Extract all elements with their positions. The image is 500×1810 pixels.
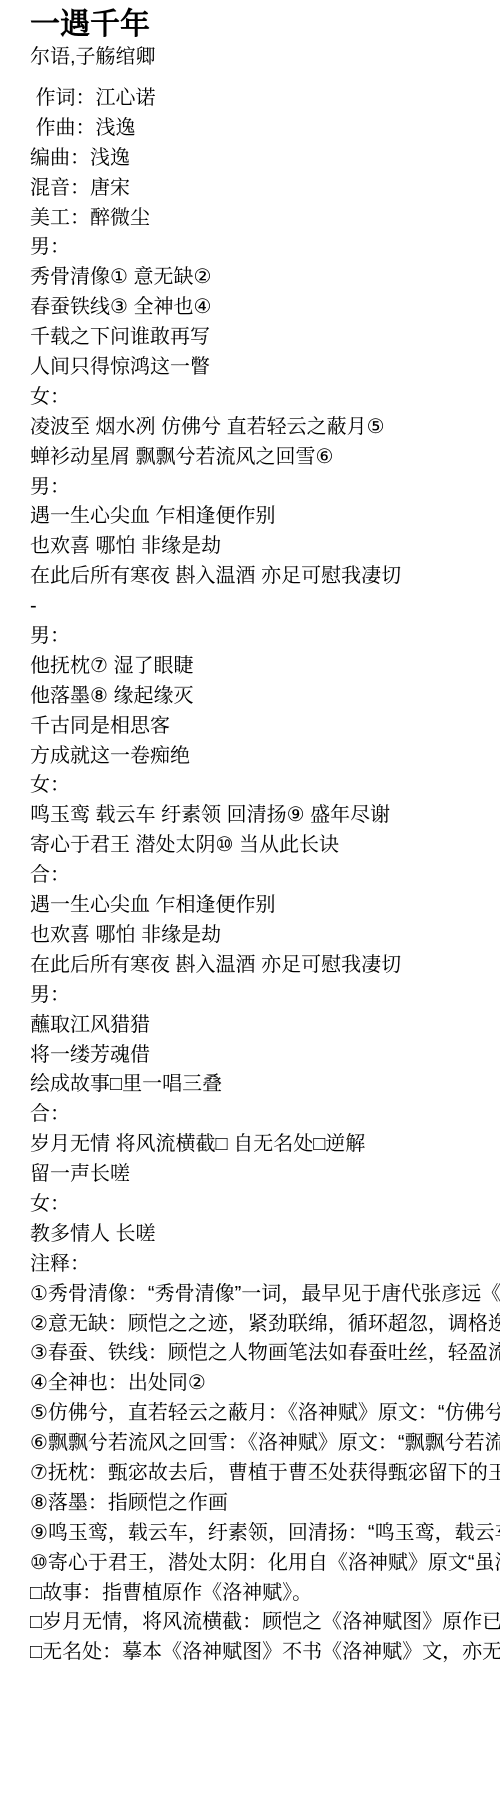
lyric-line: 在此后所有寒夜 斟入温酒 亦足可慰我凄切 [30, 951, 500, 981]
note-line: ⑤仿佛兮，直若轻云之蔽月：《洛神赋》原文：“仿佛兮若轻云之蔽月” [30, 1399, 500, 1429]
lyric-line: 男： [30, 233, 500, 263]
credit-line: 美工：醉微尘 [30, 204, 500, 234]
note-line: ④全神也：出处同② [30, 1369, 500, 1399]
note-line: ⑦抚枕：甄宓故去后，曹植于曹丕处获得甄宓留下的玉枕 [30, 1459, 500, 1489]
lyric-line: 也欢喜 哪怕 非缘是劫 [30, 532, 500, 562]
note-line: ⑥飘飘兮若流风之回雪：《洛神赋》原文：“飘飘兮若流风之回雪” [30, 1429, 500, 1459]
lyric-line: 遇一生心尖血 乍相逢便作别 [30, 502, 500, 532]
lyric-line: 合： [30, 861, 500, 891]
lyric-line: 将一缕芳魂借 [30, 1041, 500, 1071]
note-line: □无名处：摹本《洛神赋图》不书《洛神赋》文，亦无落款 [30, 1638, 500, 1668]
song-artists: 尔语,子觞绾卿 [30, 44, 500, 71]
lyric-line: 留一声长嗟 [30, 1160, 500, 1190]
lyric-line: 也欢喜 哪怕 非缘是劫 [30, 921, 500, 951]
lyric-line: 他落墨⑧ 缘起缘灭 [30, 682, 500, 712]
note-line: ①秀骨清像：“秀骨清像”一词，最早见于唐代张彦远《历代名画记》 [30, 1280, 500, 1310]
note-line: □岁月无情，将风流横截：顾恺之《洛神赋图》原作已佚 [30, 1608, 500, 1638]
note-line: ⑧落墨：指顾恺之作画 [30, 1489, 500, 1519]
lyric-line: 蘸取江风猎猎 [30, 1011, 500, 1041]
credit-line: 编曲：浅逸 [30, 144, 500, 174]
note-line: □故事：指曹植原作《洛神赋》。 [30, 1579, 500, 1609]
lyric-line: 男： [30, 622, 500, 652]
lyric-line: 女： [30, 771, 500, 801]
lyric-line: 合： [30, 1100, 500, 1130]
lyric-line: 秀骨清像① 意无缺② [30, 263, 500, 293]
credit-line: 混音：唐宋 [30, 174, 500, 204]
lyric-line: 寄心于君王 潜处太阴⑩ 当从此长诀 [30, 831, 500, 861]
lyric-line: 女： [30, 1190, 500, 1220]
credit-line: 作曲：浅逸 [30, 114, 500, 144]
lyric-line: 他抚枕⑦ 湿了眼睫 [30, 652, 500, 682]
lyric-line: 绘成故事□里一唱三叠 [30, 1070, 500, 1100]
lyric-line-divider: - [30, 592, 500, 622]
note-line: ②意无缺：顾恺之之迹，紧劲联绵，循环超忽，调格逸易 [30, 1310, 500, 1340]
note-line: ⑩寄心于君王，潜处太阴：化用自《洛神赋》原文“虽潜处于太阴 [30, 1549, 500, 1579]
lyric-line: 在此后所有寒夜 斟入温酒 亦足可慰我凄切 [30, 562, 500, 592]
lyric-line: 蝉衫动星屑 飘飘兮若流风之回雪⑥ [30, 443, 500, 473]
lyric-line: 遇一生心尖血 乍相逢便作别 [30, 891, 500, 921]
lyric-line: 春蚕铁线③ 全神也④ [30, 293, 500, 323]
lyric-line: 人间只得惊鸿这一瞥 [30, 353, 500, 383]
lyric-line: 女： [30, 383, 500, 413]
lyric-line: 方成就这一卷痴绝 [30, 742, 500, 772]
note-line: ⑨鸣玉鸾，载云车，纡素领，回清扬：“鸣玉鸾，载云车” [30, 1519, 500, 1549]
lyric-line: 凌波至 烟水冽 仿佛兮 直若轻云之蔽月⑤ [30, 413, 500, 443]
lyric-line: 千载之下问谁敢再写 [30, 323, 500, 353]
lyric-line: 男： [30, 473, 500, 503]
notes-heading: 注释： [30, 1250, 500, 1280]
credit-line: 作词：江心诺 [30, 84, 500, 114]
page-title: 一遇千年 [30, 6, 500, 44]
lyric-line: 岁月无情 将风流横截□ 自无名处□逆解 [30, 1130, 500, 1160]
note-line: ③春蚕、铁线：顾恺之人物画笔法如春蚕吐丝，轻盈流畅 [30, 1339, 500, 1369]
lyric-line: 男： [30, 981, 500, 1011]
lyric-line: 鸣玉鸾 载云车 纡素领 回清扬⑨ 盛年尽谢 [30, 801, 500, 831]
lyrics-document: 一遇千年 尔语,子觞绾卿 作词：江心诺 作曲：浅逸 编曲：浅逸 混音：唐宋 美工… [0, 0, 500, 1668]
lyric-line: 千古同是相思客 [30, 712, 500, 742]
lyrics-body: 作词：江心诺 作曲：浅逸 编曲：浅逸 混音：唐宋 美工：醉微尘 男： 秀骨清像①… [30, 84, 500, 1668]
lyric-line: 教多情人 长嗟 [30, 1220, 500, 1250]
